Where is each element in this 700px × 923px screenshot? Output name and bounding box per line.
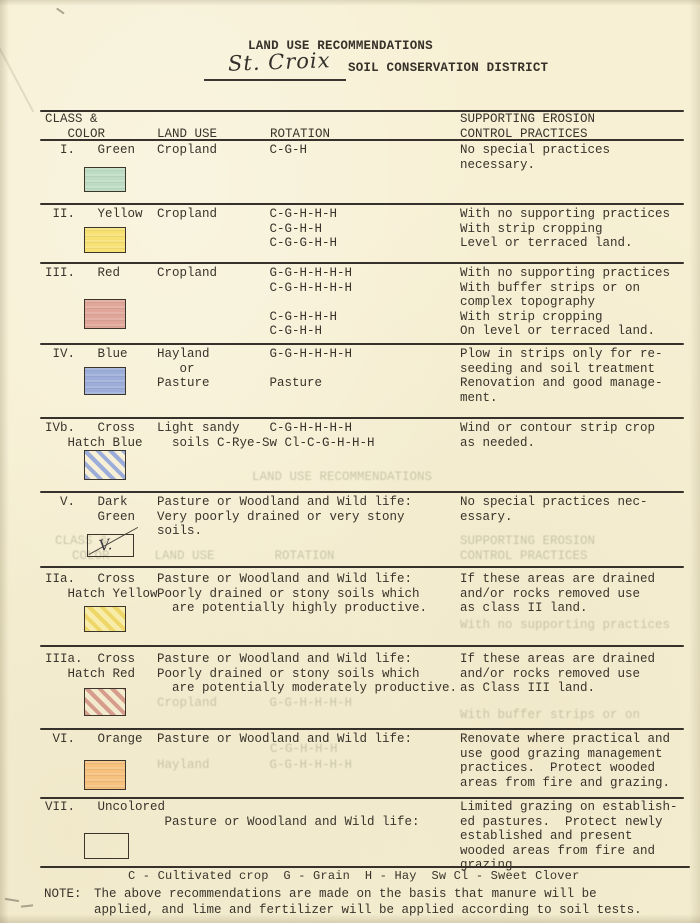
table-rule	[40, 343, 684, 345]
practices-cell: Limited grazing on establish- ed pasture…	[460, 800, 678, 873]
practices-cell: With no supporting practices With buffer…	[460, 266, 670, 339]
class-color-cell: VI. Orange	[45, 732, 143, 747]
bleed-through-text: With buffer strips or on	[460, 708, 640, 723]
district-underline	[204, 79, 346, 81]
land-use-rotation-cell: Pasture or Woodland and Wild life: Very …	[157, 495, 412, 539]
swatch-class-v-box: V.	[87, 534, 134, 557]
paper-crease	[0, 14, 34, 112]
header-land-use: LAND USE	[157, 127, 217, 142]
land-use-rotation-cell: Hayland G-G-H-H-H-H or Pasture Pasture	[157, 347, 352, 391]
page-subtitle: SOIL CONSERVATION DISTRICT	[348, 61, 548, 76]
land-use-rotation-cell: Cropland C-G-H-H-H C-G-H-H C-G-G-H-H	[157, 207, 337, 251]
land-use-rotation-cell: Pasture or Woodland and Wild life: Poorl…	[157, 572, 427, 616]
practices-cell: Plow in strips only for re- seeding and …	[460, 347, 663, 405]
bleed-through-text: LAND USE RECOMMENDATIONS	[252, 470, 432, 485]
land-use-rotation-cell: Pasture or Woodland and Wild life:	[157, 732, 412, 747]
practices-cell: If these areas are drained and/or rocks …	[460, 572, 655, 616]
class-color-cell: II. Yellow	[45, 207, 143, 222]
table-rule	[40, 262, 684, 264]
practices-cell: Wind or contour strip crop as needed.	[460, 421, 655, 450]
table-rule	[40, 417, 684, 419]
table-rule	[40, 566, 684, 568]
class-color-cell: IVb. Cross Hatch Blue	[45, 421, 143, 450]
bleed-through-text: Hayland G-G-H-H-H-H	[157, 758, 352, 773]
land-use-rotation-cell: Pasture or Woodland and Wild life:	[157, 800, 420, 829]
land-use-rotation-cell: Cropland G-G-H-H-H-H C-G-H-H-H-H C-G-H-H…	[157, 266, 352, 339]
swatch-yellow-crosshatch	[84, 606, 126, 632]
bleed-through-text: With no supporting practices	[460, 618, 670, 633]
note-label: NOTE:	[44, 887, 82, 903]
land-use-rotation-cell: Cropland C-G-H	[157, 143, 307, 158]
district-name-handwritten: St. Croix	[228, 48, 331, 76]
pencil-mark	[5, 898, 19, 902]
swatch-green-solid	[84, 167, 126, 192]
class-color-cell: IIIa. Cross Hatch Red	[45, 652, 135, 681]
note-text: The above recommendations are made on th…	[94, 887, 642, 918]
handwritten-slash-mark	[89, 527, 139, 555]
practices-cell: With no supporting practices With strip …	[460, 207, 670, 251]
practices-cell: No special practices necessary.	[460, 143, 610, 172]
class-color-cell: III. Red	[45, 266, 120, 281]
swatch-red-solid	[84, 299, 126, 329]
practices-cell: Renovate where practical and use good gr…	[460, 732, 670, 790]
bleed-through-text: CONTROL PRACTICES	[460, 549, 588, 564]
table-rule	[40, 203, 684, 205]
class-color-cell: IIa. Cross Hatch Yellow	[45, 572, 158, 601]
rotation-legend: C - Cultivated crop G - Grain H - Hay Sw…	[128, 869, 579, 884]
bleed-through-text: SUPPORTING EROSION	[460, 534, 595, 549]
land-use-rotation-cell: Pasture or Woodland and Wild life: Poorl…	[157, 652, 457, 696]
table-rule	[40, 797, 684, 799]
class-color-cell: I. Green	[45, 143, 135, 158]
table-rule	[40, 491, 684, 493]
swatch-uncolored-box	[84, 833, 129, 859]
swatch-yellow-solid	[84, 227, 126, 253]
practices-cell: No special practices nec- essary.	[460, 495, 648, 524]
swatch-blue-crosshatch	[84, 450, 126, 480]
swatch-blue-solid	[84, 367, 126, 395]
header-supporting-practices: SUPPORTING EROSION CONTROL PRACTICES	[460, 112, 595, 141]
header-class-color: CLASS & COLOR	[45, 112, 105, 141]
class-color-cell: IV. Blue	[45, 347, 128, 362]
class-color-cell: V. Dark Green	[45, 495, 135, 524]
class-color-cell: VII. Uncolored	[45, 800, 165, 815]
bleed-through-text: Cropland G-G-H-H-H-H	[157, 696, 352, 711]
swatch-orange-solid	[84, 760, 126, 790]
table-rule	[40, 728, 684, 730]
land-use-rotation-cell: Light sandy C-G-H-H-H-H soils C-Rye-Sw C…	[157, 421, 375, 450]
scanned-document-page: LAND USE RECOMMENDATIONS St. Croix SOIL …	[0, 0, 700, 923]
header-rotation: ROTATION	[270, 127, 330, 142]
pencil-mark	[21, 904, 33, 907]
pen-mark	[56, 8, 64, 14]
table-rule	[40, 645, 684, 647]
swatch-red-crosshatch	[84, 688, 126, 716]
practices-cell: If these areas are drained and/or rocks …	[460, 652, 655, 696]
